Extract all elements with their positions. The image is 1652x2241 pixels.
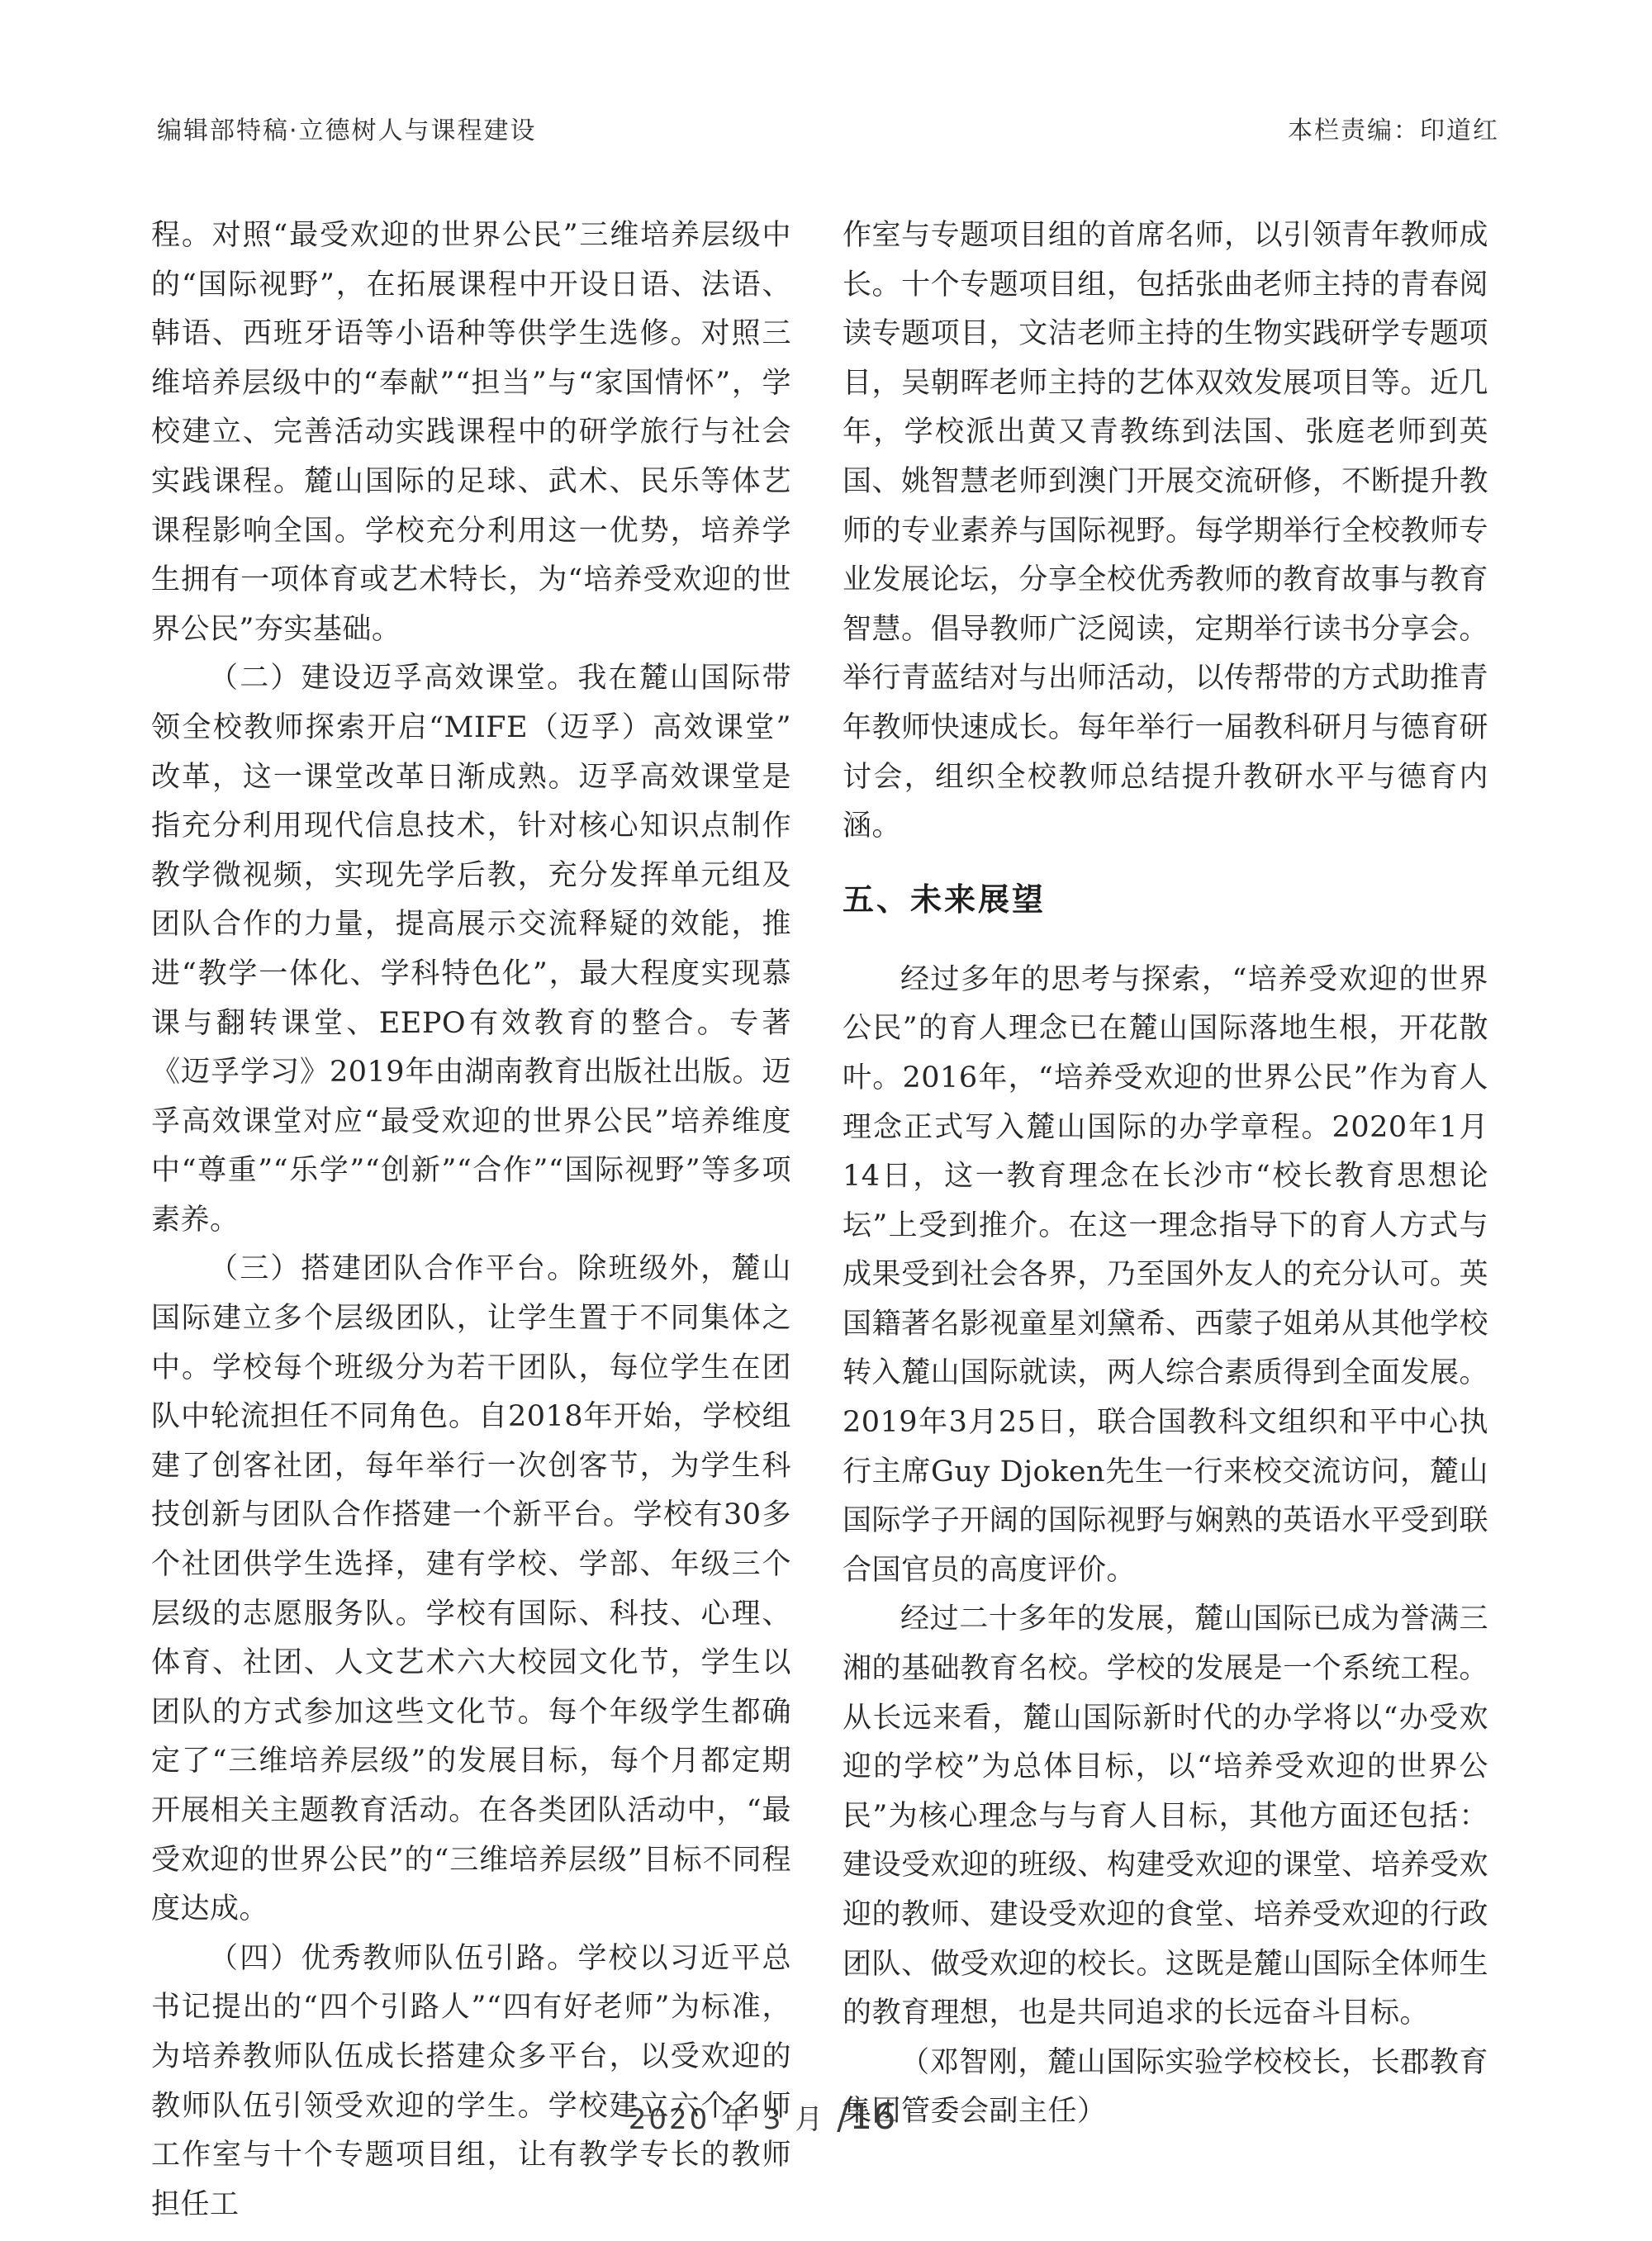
header-section-label: 编辑部特稿·立德树人与课程建设	[157, 114, 537, 149]
paragraph: 作室与专题项目组的首席名师，以引领青年教师成长。十个专题项目组，包括张曲老师主持…	[843, 211, 1488, 852]
footer-slash: /	[837, 2096, 850, 2138]
paragraph: 程。对照“最受欢迎的世界公民”三维培养层级中的“国际视野”，在拓展课程中开设日语…	[151, 211, 791, 654]
page-footer: 2020 年 3 月 /16	[0, 2096, 1652, 2138]
footer-text: 2020 年 3 月 /16	[629, 2096, 897, 2138]
header-column-editor: 本栏责编：印道红	[1288, 114, 1499, 149]
left-column: 程。对照“最受欢迎的世界公民”三维培养层级中的“国际视野”，在拓展课程中开设日语…	[151, 211, 791, 2229]
footer-page-number: 16	[850, 2096, 897, 2138]
paragraph: （二）建设迈孚高效课堂。我在麓山国际带领全校教师探索开启“MIFE（迈孚）高效课…	[151, 654, 791, 1245]
article-body: 程。对照“最受欢迎的世界公民”三维培养层级中的“国际视野”，在拓展课程中开设日语…	[151, 211, 1652, 2229]
section-heading: 五、未来展望	[843, 880, 1488, 919]
page-header: 编辑部特稿·立德树人与课程建设 本栏责编：印道红	[0, 0, 1652, 149]
footer-issue-date: 2020 年 3 月	[629, 2103, 826, 2136]
paragraph: （三）搭建团队合作平台。除班级外，麓山国际建立多个层级团队，让学生置于不同集体之…	[151, 1245, 791, 1934]
paragraph: 经过多年的思考与探索，“培养受欢迎的世界公民”的育人理念已在麓山国际落地生根，开…	[843, 956, 1488, 1596]
paragraph: （四）优秀教师队伍引路。学校以习近平总书记提出的“四个引路人”“四有好老师”为标…	[151, 1935, 791, 2230]
paragraph: 经过二十多年的发展，麓山国际已成为誉满三湘的基础教育名校。学校的发展是一个系统工…	[843, 1595, 1488, 2038]
magazine-page: 编辑部特稿·立德树人与课程建设 本栏责编：印道红 程。对照“最受欢迎的世界公民”…	[0, 0, 1652, 2241]
right-column: 作室与专题项目组的首席名师，以引领青年教师成长。十个专题项目组，包括张曲老师主持…	[843, 211, 1488, 2229]
